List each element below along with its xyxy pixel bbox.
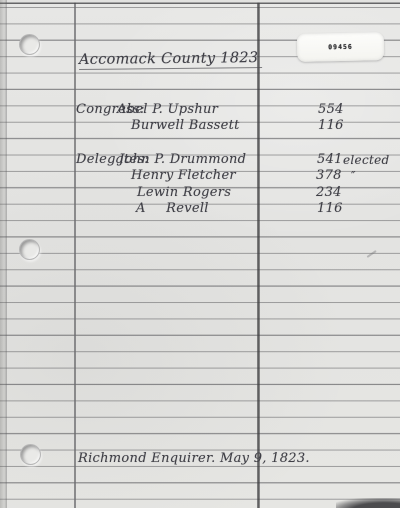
candidate-name: Burwell Bassett bbox=[131, 118, 240, 134]
vote-count: 116 bbox=[318, 118, 344, 134]
paper-top-edge bbox=[0, 0, 400, 4]
paper-left-edge bbox=[0, 0, 7, 508]
delegates-row-3: Lewin Rogers 234 bbox=[0, 185, 400, 201]
vertical-divider-line bbox=[257, 0, 260, 508]
ditto-mark: ″ bbox=[351, 168, 356, 184]
punch-hole-bottom bbox=[20, 444, 41, 465]
candidate-name: A Revell bbox=[136, 201, 209, 217]
archival-sticker: 09456 bbox=[297, 32, 385, 62]
vote-count: 116 bbox=[317, 201, 343, 217]
punch-hole-top bbox=[19, 34, 40, 55]
page-title: Accomack County 1823 bbox=[79, 50, 263, 70]
ruled-lines-accent bbox=[0, 0, 400, 508]
candidate-name: Abel P. Upshur bbox=[117, 102, 218, 118]
vote-count: 378 bbox=[316, 168, 342, 184]
source-citation: Richmond Enquirer. May 9, 1823. bbox=[78, 451, 310, 467]
candidate-name: John P. Drummond bbox=[119, 152, 246, 168]
left-margin-line bbox=[74, 0, 76, 508]
notebook-page: 09456 Accomack County 1823 Congress: Abe… bbox=[0, 0, 400, 508]
delegates-row-2: Henry Fletcher 378 ″ bbox=[0, 168, 400, 184]
sticker-number: 09456 bbox=[328, 43, 353, 52]
vote-count: 554 bbox=[318, 102, 344, 118]
candidate-name: Henry Fletcher bbox=[131, 168, 236, 184]
corner-shadow bbox=[336, 498, 400, 508]
congress-row-2: Burwell Bassett 116 bbox=[0, 118, 400, 134]
candidate-name: Lewin Rogers bbox=[137, 185, 231, 201]
delegates-row-4: A Revell 116 bbox=[0, 201, 400, 217]
congress-row-1: Congress: Abel P. Upshur 554 bbox=[0, 102, 400, 118]
vote-count: 541 bbox=[317, 152, 343, 168]
punch-hole-middle bbox=[19, 239, 40, 260]
vote-note: elected bbox=[343, 152, 389, 168]
vote-count: 234 bbox=[316, 185, 342, 201]
delegates-row-1: Delegates: John P. Drummond 541 elected bbox=[0, 152, 400, 168]
